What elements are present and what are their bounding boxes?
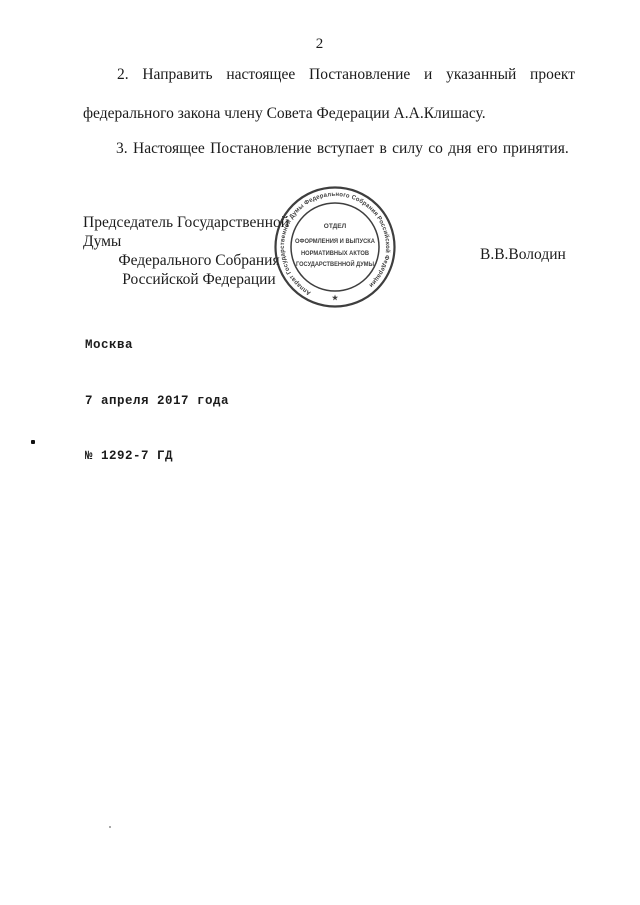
stamp-outer-circle <box>276 188 395 307</box>
stamp-inner-line-1: ОТДЕЛ <box>324 223 347 230</box>
signatory-name: В.В.Володин <box>480 246 566 264</box>
scan-artifact-dot <box>31 440 35 444</box>
stamp-inner-circle <box>291 203 379 291</box>
scan-artifact-speck <box>109 826 111 828</box>
stamp-inner-line-2: ОФОРМЛЕНИЯ И ВЫПУСКА <box>295 238 375 245</box>
stamp-inner-line-4: ГОСУДАРСТВЕННОЙ ДУМЫ <box>296 259 374 268</box>
footer-city: Москва <box>85 336 229 355</box>
page-number: 2 <box>0 36 640 53</box>
footer-block: Москва 7 апреля 2017 года № 1292-7 ГД <box>85 299 229 503</box>
paragraph-3: 3. Настоящее Постановление вступает в си… <box>116 140 569 158</box>
scanned-document-page: 2 2. Направить настоящее Постановление и… <box>0 0 640 905</box>
paragraph-2-line-1: 2. Направить настоящее Постановление и у… <box>117 66 575 84</box>
stamp-star-icon: ★ <box>332 294 339 302</box>
official-round-stamp: Аппарат Государственной Думы Федеральног… <box>273 185 397 309</box>
paragraph-2-line-2: федерального закона члену Совета Федерац… <box>83 105 486 123</box>
footer-doc-number: № 1292-7 ГД <box>85 447 229 466</box>
footer-date: 7 апреля 2017 года <box>85 392 229 411</box>
stamp-inner-line-3: НОРМАТИВНЫХ АКТОВ <box>301 250 369 257</box>
